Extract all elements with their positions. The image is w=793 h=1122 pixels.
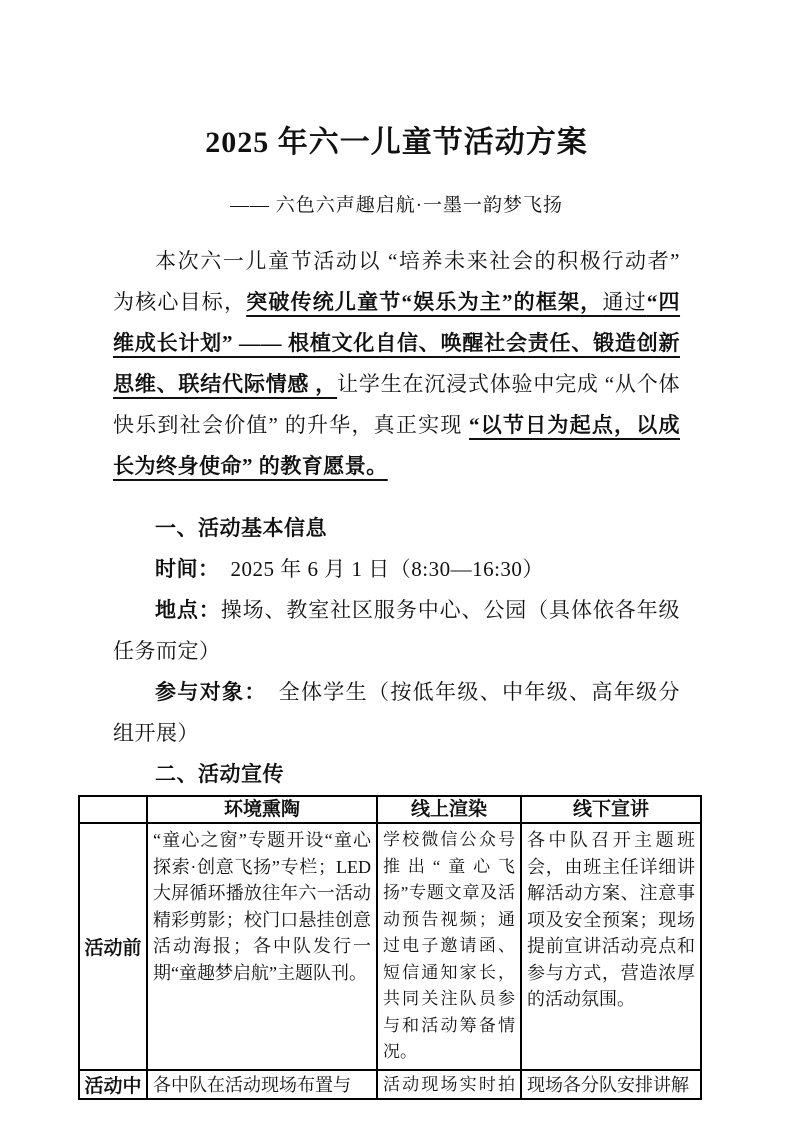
- table-header-cell: 环境熏陶: [147, 796, 377, 823]
- table-row: 活动中各中队在活动现场布置与活动现场实时拍照、现场各分队安排讲解: [79, 1070, 701, 1099]
- table-row: 活动前“童心之窗”专题开设“童心探索·创意飞扬”专栏；LED 大屏循环播放往年六…: [79, 823, 701, 1070]
- info-label: 时间：: [155, 557, 209, 581]
- info-line: 时间： 2025 年 6 月 1 日（8:30—16:30）: [113, 549, 680, 590]
- intro-segment: 突破传统儿童节“娱乐为主”的框架，: [246, 290, 602, 314]
- section-heading-promotion: 二、活动宣传: [113, 754, 680, 795]
- info-value: 2025 年 6 月 1 日（8:30—16:30）: [209, 557, 544, 581]
- table-cell-clipped-text: 活动现场实时拍照、: [383, 1072, 515, 1097]
- document-page: 2025 年六一儿童节活动方案 —— 六色六声趣启航·一墨一韵梦飞扬 本次六一儿…: [0, 0, 793, 1122]
- table-cell-clipped-text: 现场各分队安排讲解: [527, 1072, 695, 1097]
- info-label: 参与对象：: [155, 680, 256, 704]
- table-header-cell: 线下宣讲: [521, 796, 701, 823]
- promotion-table: 环境熏陶线上渲染线下宣讲 活动前“童心之窗”专题开设“童心探索·创意飞扬”专栏；…: [78, 795, 702, 1100]
- table-header-cell: [79, 796, 147, 823]
- section-heading-basic-info: 一、活动基本信息: [113, 508, 680, 549]
- table-cell: 活动现场实时拍照、: [377, 1070, 521, 1099]
- table-row-label: 活动前: [79, 823, 147, 1070]
- document-subtitle: —— 六色六声趣启航·一墨一韵梦飞扬: [113, 192, 680, 220]
- basic-info-list: 时间： 2025 年 6 月 1 日（8:30—16:30）地点：操场、教室社区…: [113, 549, 680, 754]
- intro-paragraph: 本次六一儿童节活动以 “培养未来社会的积极行动者” 为核心目标，突破传统儿童节“…: [113, 241, 680, 487]
- info-line: 参与对象： 全体学生（按低年级、中年级、高年级分组开展）: [113, 672, 680, 754]
- document-title: 2025 年六一儿童节活动方案: [113, 122, 680, 164]
- table-cell: 各中队召开主题班会，由班主任详细讲解活动方案、注意事项及安全预案；现场提前宣讲活…: [521, 823, 701, 1070]
- intro-segment: 通过: [602, 290, 646, 314]
- promotion-table-header-row: 环境熏陶线上渲染线下宣讲: [79, 796, 701, 823]
- table-cell: 学校微信公众号推出“童心飞扬”专题文章及活动预告视频；通过电子邀请函、短信通知家…: [377, 823, 521, 1070]
- table-header-cell: 线上渲染: [377, 796, 521, 823]
- info-line: 地点：操场、教室社区服务中心、公园（具体依各年级任务而定）: [113, 590, 680, 672]
- table-cell: 各中队在活动现场布置与: [147, 1070, 377, 1099]
- table-cell: “童心之窗”专题开设“童心探索·创意飞扬”专栏；LED 大屏循环播放往年六一活动…: [147, 823, 377, 1070]
- info-label: 地点：: [155, 598, 221, 622]
- table-cell-clipped-text: 各中队在活动现场布置与: [153, 1072, 371, 1097]
- table-cell: 现场各分队安排讲解: [521, 1070, 701, 1099]
- table-row-label: 活动中: [79, 1070, 147, 1099]
